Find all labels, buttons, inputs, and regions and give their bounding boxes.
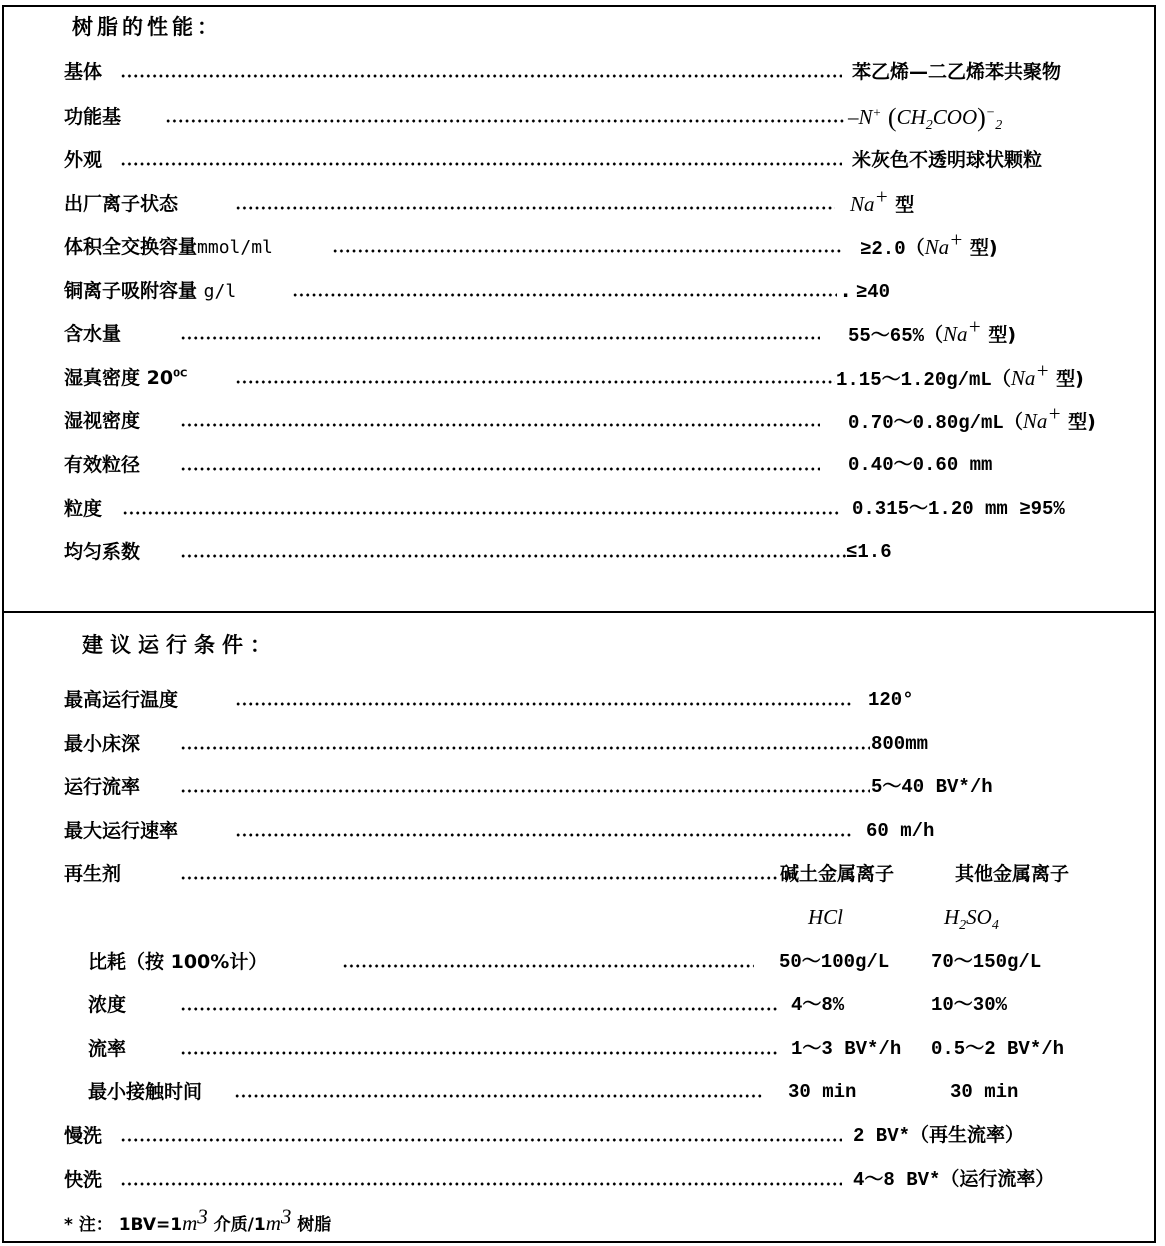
spec-value: 米灰色不透明球状颗粒	[852, 145, 1042, 175]
spec-value: Na+ 型	[850, 189, 914, 220]
dot-leader	[180, 1051, 778, 1055]
spec-row-copper-capacity: 铜离子吸附容量 g/l . ≥40	[0, 276, 1165, 306]
dot-leader	[120, 74, 842, 78]
cond-value: 5～40 BV*/h	[871, 772, 993, 802]
dot-leader	[235, 833, 853, 837]
regen-label: 流率	[88, 1034, 126, 1064]
spec-value: . ≥40	[842, 276, 890, 307]
spec-value: 苯乙烯—二乙烯苯共聚物	[852, 57, 1061, 87]
spec-row-moisture: 含水量 55～65%（Na+ 型)	[0, 319, 1165, 349]
cond-label: 最大运行速率	[64, 816, 178, 846]
spec-row-ionic-form: 出厂离子状态 Na+ 型	[0, 189, 1165, 219]
dot-leader	[180, 789, 870, 793]
regen-col2: 0.5～2 BV*/h	[931, 1034, 1064, 1064]
regenerant-chemicals-row: HCl H2SO4	[0, 902, 1165, 932]
cond-row-max-velocity: 最大运行速率 60 m/h	[0, 816, 1165, 846]
dot-leader	[292, 293, 837, 297]
regen-col1: 30 min	[788, 1077, 856, 1107]
regen-label: 浓度	[88, 990, 126, 1020]
chemical-h2so4: H2SO4	[944, 902, 999, 933]
dot-leader	[235, 206, 835, 210]
regenerant-col1-header: 碱土金属离子	[780, 859, 894, 889]
spec-label: 含水量	[64, 319, 121, 349]
cond-row-max-temp: 最高运行温度 120°	[0, 685, 1165, 715]
regen-col2: 30 min	[950, 1077, 1018, 1107]
spec-row-particle-size: 粒度 0.315～1.20 mm ≥95%	[0, 494, 1165, 524]
spec-value-formula: –N+ (CH2COO)−2	[848, 102, 1002, 133]
dot-leader	[180, 1007, 778, 1011]
spec-label: 基体	[64, 57, 102, 87]
spec-label: 功能基	[64, 102, 121, 132]
regen-row-flow: 流率 1～3 BV*/h 0.5～2 BV*/h	[0, 1034, 1165, 1064]
cond-row-fast-rinse: 快洗 4～8 BV*（运行流率）	[0, 1165, 1165, 1195]
spec-label: 出厂离子状态	[64, 189, 178, 219]
chemical-hcl: HCl	[808, 902, 843, 932]
regen-col2: 10～30%	[931, 990, 1007, 1020]
dot-leader	[234, 1094, 764, 1098]
spec-label: 外观	[64, 145, 102, 175]
regen-label: 最小接触时间	[88, 1077, 202, 1107]
regen-row-concentration: 浓度 4～8% 10～30%	[0, 990, 1165, 1020]
spec-value: 1.15～1.20g/mL（Na+ 型)	[836, 363, 1084, 395]
regen-col1: 4～8%	[791, 990, 844, 1020]
regen-row-contact-time: 最小接触时间 30 min 30 min	[0, 1077, 1165, 1107]
spec-value: ≤1.6	[846, 537, 892, 567]
cond-value: 4～8 BV*（运行流率）	[853, 1165, 1054, 1195]
dot-leader	[332, 249, 842, 253]
dot-leader	[180, 467, 820, 471]
regen-col1: 1～3 BV*/h	[791, 1034, 901, 1064]
cond-value: 60 m/h	[866, 816, 934, 846]
spec-row-functional-group: 功能基 –N+ (CH2COO)−2	[0, 102, 1165, 132]
spec-value: 0.70～0.80g/mL（Na+ 型)	[848, 406, 1096, 438]
spec-label: 均匀系数	[64, 537, 140, 567]
regen-row-consumption: 比耗（按 100%计） 50～100g/L 70～150g/L	[0, 947, 1165, 977]
spec-row-matrix: 基体 苯乙烯—二乙烯苯共聚物	[0, 57, 1165, 87]
cond-row-regenerant: 再生剂 碱土金属离子 其他金属离子	[0, 859, 1165, 889]
dot-leader	[235, 380, 835, 384]
regen-col2: 70～150g/L	[931, 947, 1041, 977]
spec-label: 粒度	[64, 494, 102, 524]
dot-leader	[180, 554, 846, 558]
dot-leader	[180, 746, 870, 750]
cond-label: 再生剂	[64, 859, 121, 889]
regen-col1: 50～100g/L	[779, 947, 889, 977]
cond-label: 最小床深	[64, 729, 140, 759]
spec-row-effective-size: 有效粒径 0.40～0.60 mm	[0, 450, 1165, 480]
section-title-resin-properties: 树脂的性能：	[72, 17, 222, 38]
section-divider	[2, 611, 1156, 613]
dot-leader	[120, 1138, 842, 1142]
regen-label: 比耗（按 100%计）	[88, 947, 267, 977]
section-title-operating-conditions: 建议运行条件：	[82, 635, 278, 656]
spec-row-apparent-density: 湿视密度 0.70～0.80g/mL（Na+ 型)	[0, 406, 1165, 436]
dot-leader	[120, 162, 842, 166]
cond-value: 2 BV*（再生流率）	[853, 1121, 1024, 1151]
spec-row-appearance: 外观 米灰色不透明球状颗粒	[0, 145, 1165, 175]
dot-leader	[342, 964, 754, 968]
spec-value: ≥2.0（Na+ 型)	[860, 232, 998, 264]
regenerant-col2-header: 其他金属离子	[955, 859, 1069, 889]
cond-row-min-bed-depth: 最小床深 800mm	[0, 729, 1165, 759]
dot-leader	[120, 1182, 842, 1186]
footnote-bv-definition: * 注： 1BV=1m3 介质/1m3 树脂	[0, 1208, 1165, 1238]
spec-label: 铜离子吸附容量 g/l	[64, 276, 236, 307]
spec-value: 0.315～1.20 mm ≥95%	[852, 494, 1065, 524]
spec-label: 体积全交换容量mmol/ml	[64, 232, 273, 263]
footnote-text: * 注： 1BV=1m3 介质/1m3 树脂	[64, 1208, 331, 1240]
dot-leader	[235, 702, 853, 706]
spec-value: 0.40～0.60 mm	[848, 450, 992, 480]
spec-row-true-density: 湿真密度 200C 1.15～1.20g/mL（Na+ 型)	[0, 363, 1165, 393]
spec-label: 有效粒径	[64, 450, 140, 480]
cond-label: 慢洗	[64, 1121, 102, 1151]
cond-label: 快洗	[64, 1165, 102, 1195]
cond-row-service-flow: 运行流率 5～40 BV*/h	[0, 772, 1165, 802]
spec-value: 55～65%（Na+ 型)	[848, 319, 1016, 351]
dot-leader	[165, 119, 845, 123]
cond-value: 800mm	[871, 729, 928, 759]
spec-label: 湿视密度	[64, 406, 140, 436]
dot-leader	[180, 336, 820, 340]
spec-label: 湿真密度 200C	[64, 363, 187, 393]
spec-row-uniformity: 均匀系数 ≤1.6	[0, 537, 1165, 567]
dot-leader	[180, 876, 778, 880]
spec-row-exchange-capacity: 体积全交换容量mmol/ml ≥2.0（Na+ 型)	[0, 232, 1165, 262]
dot-leader	[122, 511, 840, 515]
dot-leader	[180, 423, 820, 427]
cond-label: 运行流率	[64, 772, 140, 802]
cond-row-slow-rinse: 慢洗 2 BV*（再生流率）	[0, 1121, 1165, 1151]
cond-value: 120°	[868, 685, 914, 715]
cond-label: 最高运行温度	[64, 685, 178, 715]
